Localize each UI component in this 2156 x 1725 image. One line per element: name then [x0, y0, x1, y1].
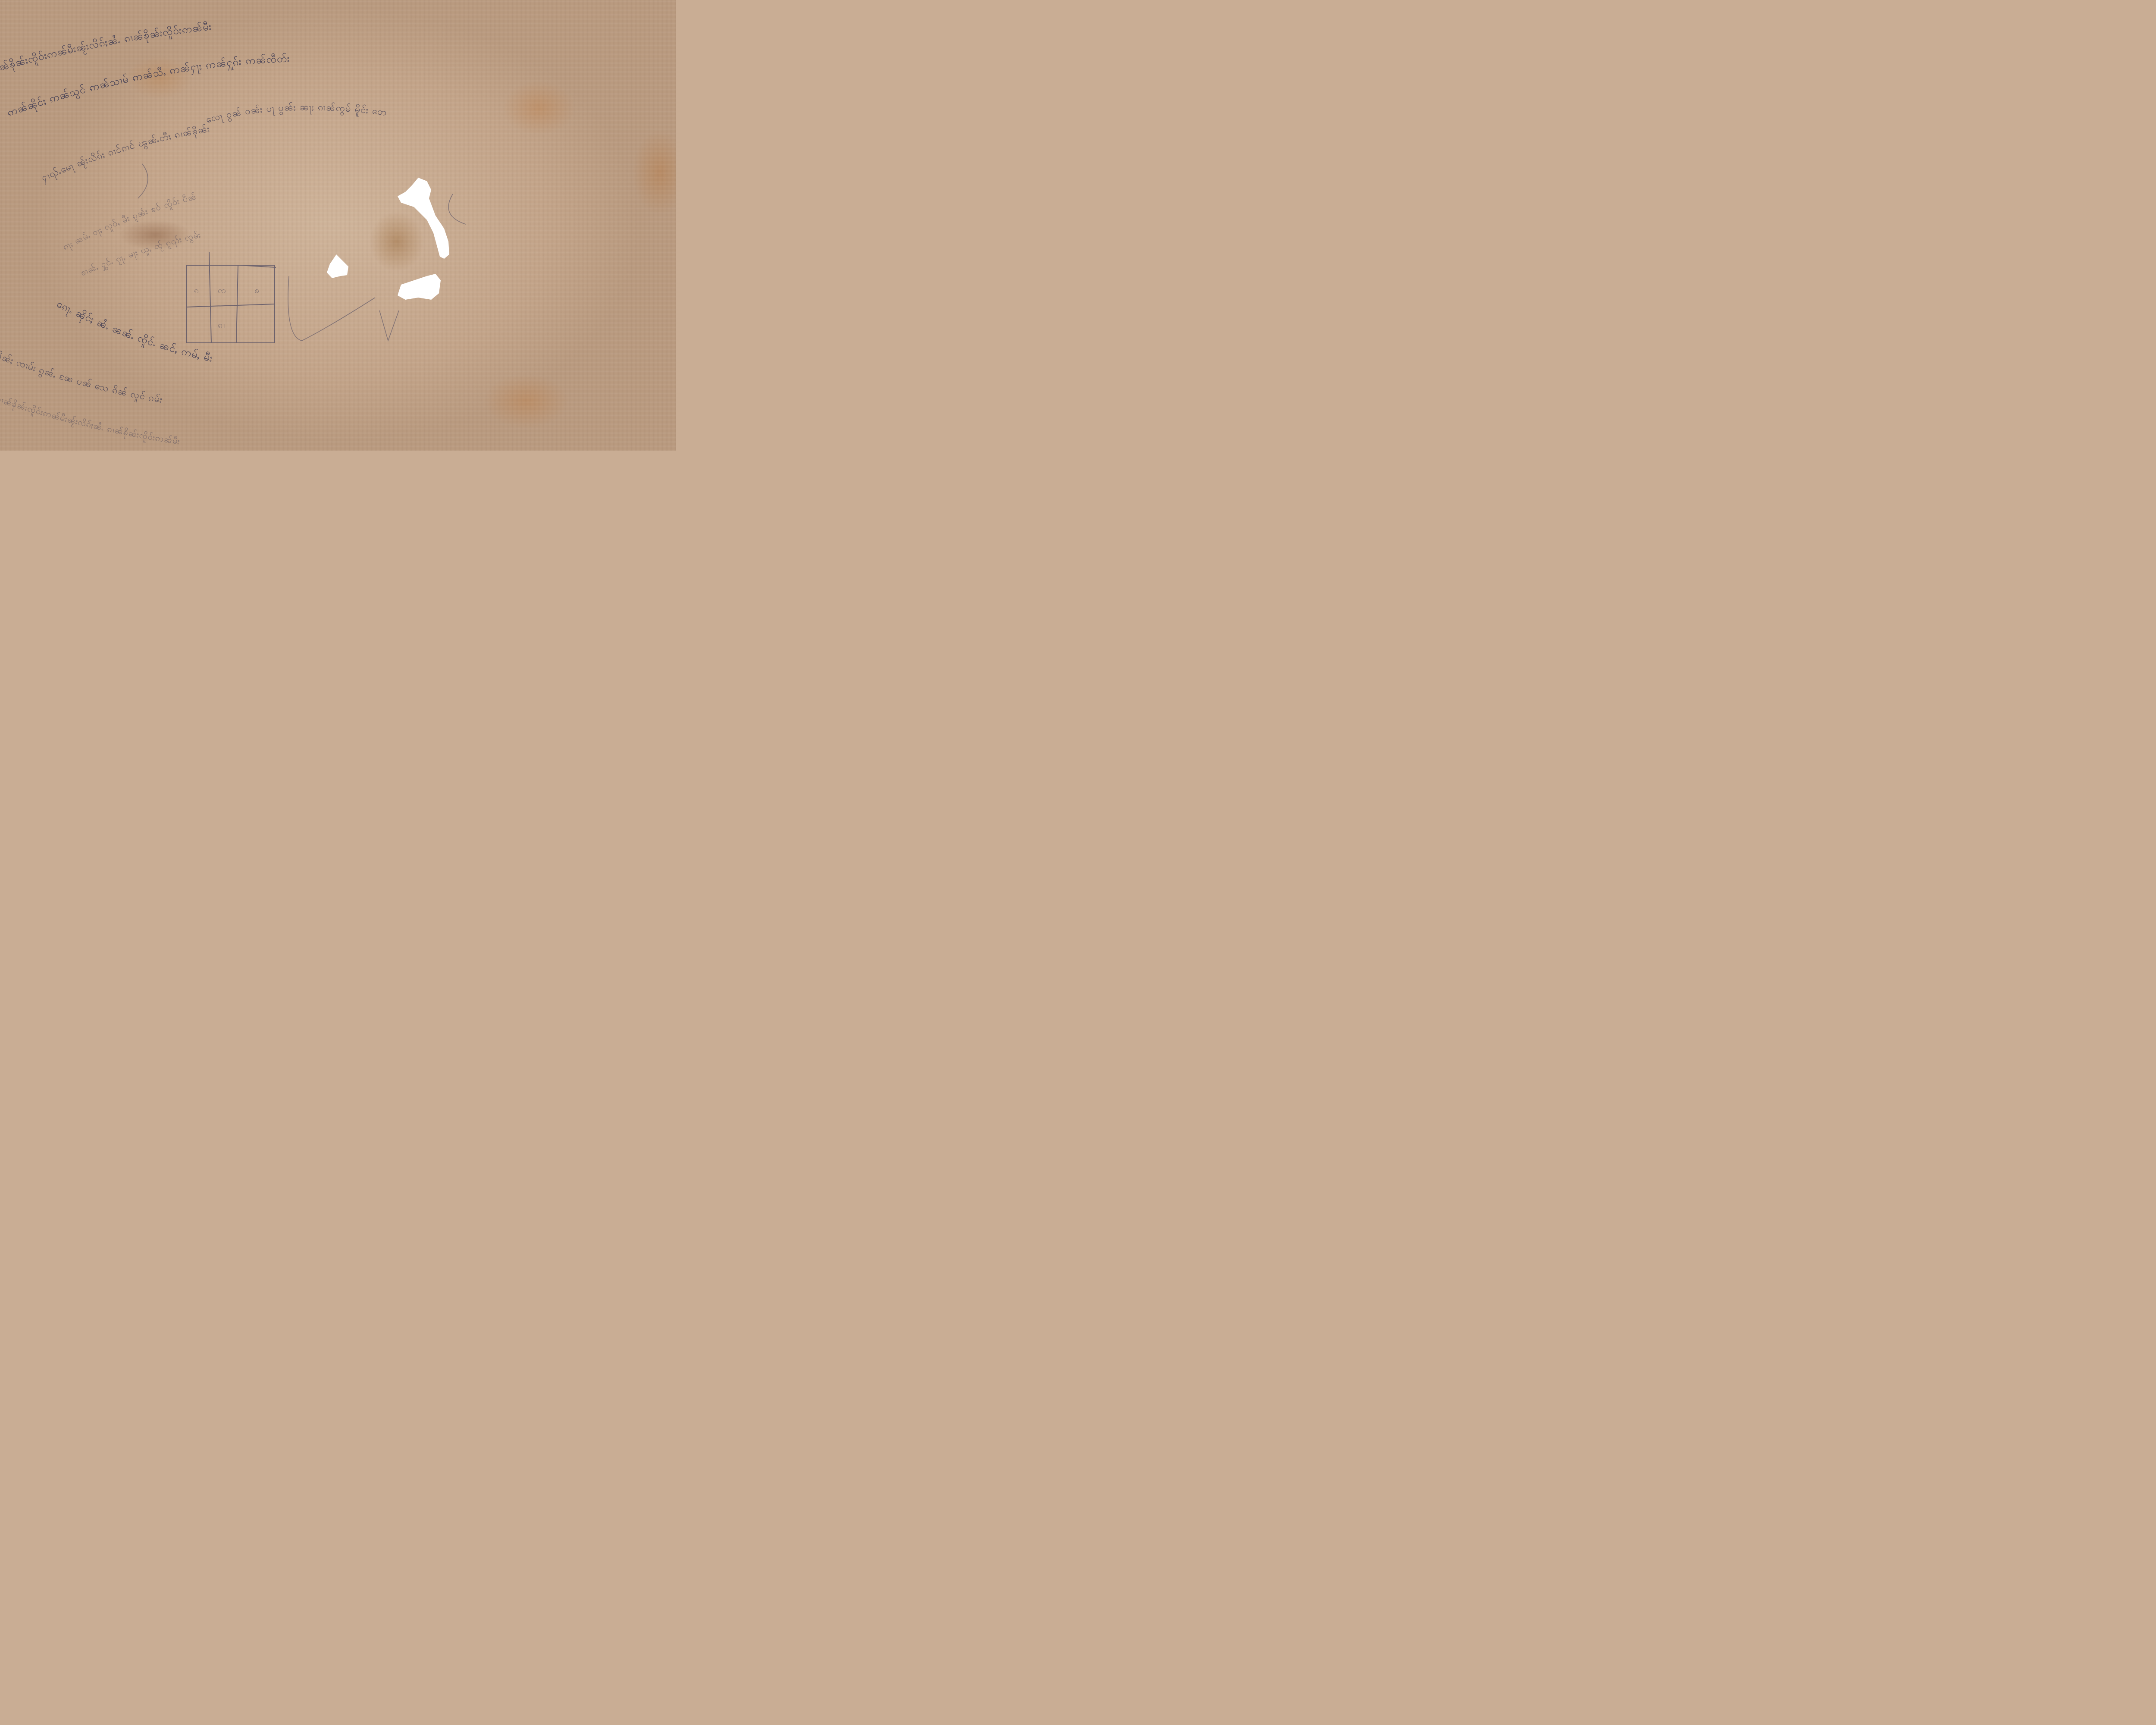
- inscriptions: ၵၢၼ်ၶိုၼ်းၸိူဝ်းဢၼ်မီးၼႂ်းလိၵ်ႈၼႆႉ ၵၢၼ်ၶ…: [0, 0, 676, 451]
- band-3: ႁၢၺ်ႉမေႃ ၼႂ်းလိၵ်ႈ ၵၢင်ၵၢင် ၽွၼ်ႉတီႈ ၵၢၼ…: [40, 123, 210, 185]
- band-8: ၶိုၼ်ႈ ၸၢမ်း ၵွၼ်ႇ ၼႄ ပၼ် သေ ၵိၼ် လူင် ၵ…: [0, 350, 163, 405]
- grid-cells: ၵ ၸ ၶ ၵၢ: [194, 285, 260, 330]
- cloth-holes: [327, 178, 449, 300]
- svg-text:ၶ: ၶ: [254, 285, 260, 295]
- band-7: ၵေႃႉ ၼိုင်ႈ ၼႆႉ ၼၼ်ႉ ၸိူင်ႉ ၼင်ႇ ဢမ်ႇ မီ…: [54, 298, 214, 364]
- svg-text:ၵ: ၵ: [194, 285, 199, 295]
- svg-text:ၸ: ၸ: [218, 285, 226, 295]
- band-4: လေႃ ဝွၼ် ဝၼ်း ပႃ ပွၼ်ႈ ၼႃႈ ၵၢၼ်ၸွမ် မိူင…: [205, 102, 388, 127]
- grid-diagram: [186, 252, 276, 343]
- svg-text:ၵၢ: ၵၢ: [218, 320, 226, 330]
